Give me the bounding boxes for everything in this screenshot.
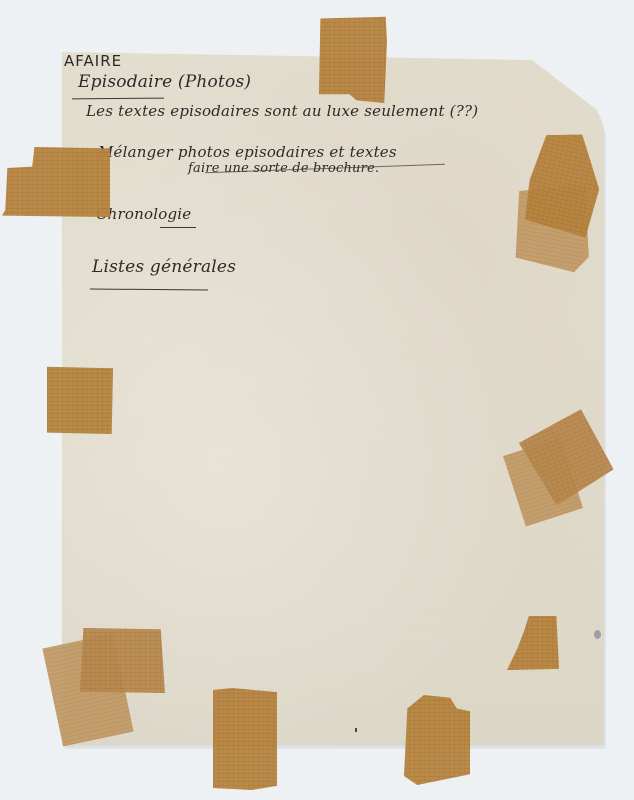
note-line-3: Chronologie — [96, 205, 191, 223]
note-subheading: Episodaire (Photos) — [78, 72, 251, 92]
underline — [160, 227, 196, 228]
tape-lower-left — [80, 628, 165, 693]
wall-mark — [594, 630, 601, 639]
paper-speck — [355, 728, 357, 732]
note-heading: AFAIRE — [64, 52, 122, 70]
note-line-4: Listes générales — [92, 257, 236, 277]
tape-middle-left — [47, 364, 113, 434]
note-line-1: Les textes episodaires sont au luxe seul… — [86, 102, 478, 120]
tape-top-center — [319, 15, 387, 103]
tape-bottom-center-left — [213, 688, 277, 790]
scan-background: AFAIRE Episodaire (Photos) Les textes ep… — [0, 0, 634, 800]
tape-upper-left — [2, 147, 110, 217]
note-line-2: Mélanger photos episodaires et textes — [98, 143, 397, 161]
